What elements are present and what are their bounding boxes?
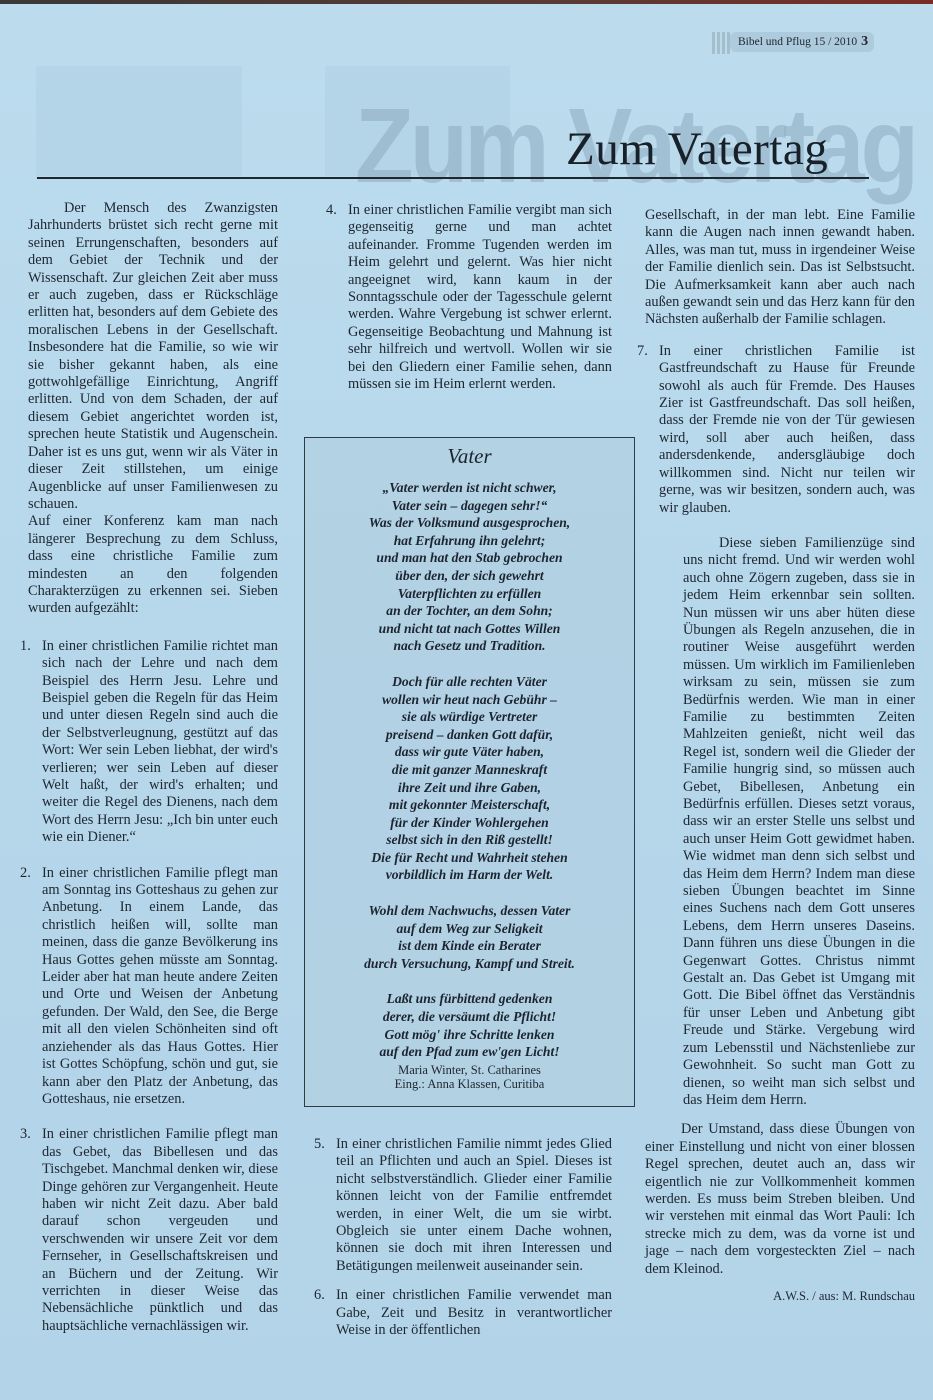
column-3: Gesellschaft, in der man lebt. Eine Fami… (645, 207, 915, 1305)
column-2-top: 4.In einer christlichen Familie vergibt … (334, 202, 612, 393)
point-4: 4.In einer christlichen Familie vergibt … (334, 202, 612, 393)
intro-paragraph: Der Mensch des Zwanzigsten Jahrhunderts … (28, 200, 278, 513)
poem-author: Maria Winter, St. Catharines (305, 1063, 634, 1077)
point-7: 7.In einer christlichen Familie ist Gast… (645, 343, 915, 517)
page-number: 3 (861, 34, 868, 49)
poem-box: Vater „Vater werden ist nicht schwer,Vat… (304, 437, 635, 1107)
intro-paragraph: Auf einer Konferenz kam man nach längere… (28, 513, 278, 617)
point-5: 5.In einer christlichen Familie nimmt je… (322, 1136, 612, 1275)
column-1: Der Mensch des Zwanzigsten Jahrhunderts … (28, 200, 278, 1335)
title-rule (37, 177, 869, 179)
point-6: 6.In einer christlichen Familie verwende… (322, 1287, 612, 1339)
point-3: 3.In einer christlichen Familie pflegt m… (28, 1126, 278, 1335)
article-title: Zum Vatertag (566, 126, 828, 173)
article-credit: A.W.S. / aus: M. Rundschau (645, 1288, 915, 1305)
point-6-continued: Gesellschaft, in der man lebt. Eine Fami… (645, 207, 915, 329)
point-2: 2.In einer christlichen Familie pflegt m… (28, 865, 278, 1109)
column-2-bottom: 5.In einer christlichen Familie nimmt je… (322, 1136, 612, 1339)
faded-background-image (36, 66, 242, 176)
magazine-page: Bibel und Pflug 15 / 20103 Zum Vatertag … (0, 4, 933, 1400)
poem-stanza-1: „Vater werden ist nicht schwer,Vater sei… (305, 479, 634, 655)
closing-paragraph: Der Umstand, dass diese Übungen von eine… (645, 1121, 915, 1278)
publication-name: Bibel und Pflug 15 / 2010 (738, 36, 857, 48)
running-header: Bibel und Pflug 15 / 20103 (730, 32, 874, 52)
header-bars-decoration (712, 32, 730, 54)
poem-stanza-3: Wohl dem Nachwuchs, dessen Vaterauf dem … (305, 902, 634, 972)
poem-body: „Vater werden ist nicht schwer,Vater sei… (305, 479, 634, 1061)
poem-stanza-4: Laßt uns fürbittend gedenkenderer, die v… (305, 990, 634, 1060)
poem-submitter: Eing.: Anna Klassen, Curitiba (305, 1077, 634, 1091)
closing-paragraph: Diese sieben Familienzüge sind uns nicht… (645, 535, 915, 1109)
poem-title: Vater (305, 444, 634, 469)
point-1: 1.In einer christlichen Familie richtet … (28, 638, 278, 847)
poem-stanza-2: Doch für alle rechten Väterwollen wir he… (305, 673, 634, 884)
poem-credit: Maria Winter, St. Catharines Eing.: Anna… (305, 1063, 634, 1091)
